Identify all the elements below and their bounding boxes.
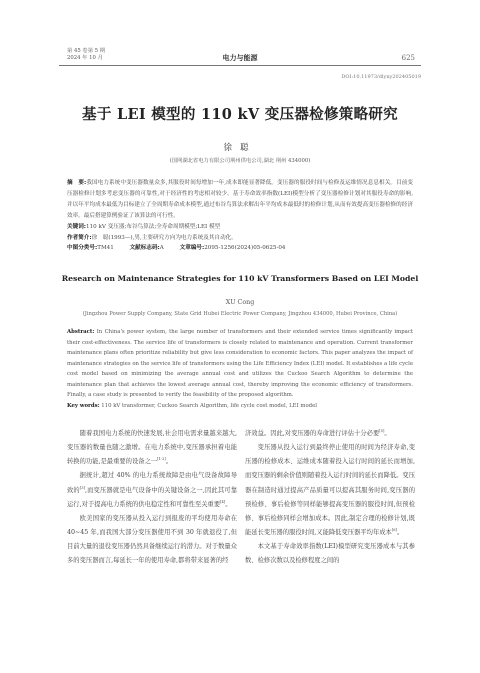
body-paragraph: 济效益。因此,对变压器的寿命进行评估十分必要[5]。 [245, 427, 415, 441]
page-number: 625 [402, 54, 415, 62]
abstract-en: Abstract: In China's power system, the l… [67, 327, 413, 411]
english-title: Research on Maintenance Strategies for 1… [59, 274, 421, 283]
article-no-value: 2095-1256(2024)05-0625-04 [204, 245, 285, 251]
author-bio-text: 徐 聪(1993—),男,主要研究方向为电力系统及其自动化。 [92, 235, 237, 241]
english-author: XU Cong [59, 299, 421, 306]
header-divider [59, 65, 421, 66]
author-bio: 作者简介:徐 聪(1993—),男,主要研究方向为电力系统及其自动化。 [67, 233, 413, 244]
running-header: 第 45 卷第 5 期 2024 年 10 月 电力与能源 625 [59, 48, 421, 66]
abstract-en-label: Abstract: [67, 329, 94, 335]
body-paragraph: 随着我国电力系统的快速发展,社会用电需求量越来越大,变压器的数量也随之激增。在电… [67, 427, 237, 469]
body-paragraph: 据统计,超过 40% 的电力系统故障是由电气设备故障导致的[3],而变压器就是电… [67, 469, 237, 511]
keywords-en-text: 110 kV transformer, Cuckoo Search Algori… [101, 403, 317, 409]
keywords-en: Key words: 110 kV transformer, Cuckoo Se… [67, 401, 413, 412]
classification-line: 中图分类号:TM41 文献标志码:A 文章编号:2095-1256(2024)0… [67, 243, 413, 254]
doc-code-label: 文献标志码: [130, 245, 160, 251]
article-no-label: 文章编号: [180, 245, 205, 251]
citation: [1-2] [157, 457, 166, 461]
keywords-cn-label: 关键词: [67, 224, 86, 230]
paper-title: 基于 LEI 模型的 110 kV 变压器检修策略研究 [59, 103, 421, 124]
abstract-cn-label: 摘 要: [67, 180, 86, 186]
keywords-cn: 关键词:110 kV 变压器;布谷鸟算法;全寿命周期模型;LEI 模型 [67, 222, 413, 233]
clc-value: TM41 [97, 245, 114, 251]
keywords-en-label: Key words: [67, 403, 100, 409]
clc-label: 中图分类号: [67, 245, 97, 251]
body-column-right: 济效益。因此,对变压器的寿命进行评估十分必要[5]。 变压器从投入运行到最终停止… [245, 427, 415, 569]
body-column-left: 随着我国电力系统的快速发展,社会用电需求量越来越大,变压器的数量也随之激增。在电… [67, 427, 237, 569]
english-affiliation: (Jingzhou Power Supply Company, State Gr… [59, 311, 421, 317]
abstract-cn: 摘 要:我国电力系统中变压器数量众多,其服役时间每增加一年,成本即能显著降低。变… [67, 178, 413, 254]
journal-name: 电力与能源 [59, 53, 421, 63]
abstract-cn-text: 我国电力系统中变压器数量众多,其服役时间每增加一年,成本即能显著降低。变压器的服… [67, 180, 413, 219]
doi: DOI:10.11973/dlyny202405019 [341, 74, 421, 80]
author-bio-label: 作者简介: [67, 235, 92, 241]
keywords-cn-text: 110 kV 变压器;布谷鸟算法;全寿命周期模型;LEI 模型 [86, 224, 220, 230]
abstract-en-text: In China's power system, the large numbe… [67, 329, 413, 398]
body-paragraph: 变压器从投入运行到最终停止使用的时间为经济寿命,变压器的检修成本、运维成本随着投… [245, 441, 415, 540]
doc-code-value: A [160, 245, 164, 251]
body-paragraph: 本文基于寿命效率指数(LEI)模型研究变压器成本与其参数、检修次数以及检修程度之… [245, 540, 415, 568]
affiliation: (国网湖北省电力有限公司荆州供电公司,湖北 荆州 434000) [59, 156, 421, 164]
author: 徐聪 [59, 141, 421, 153]
body-paragraph: 欧美国家的变压器从投入运行到报废的平均使用寿命在 40~45 年,而我国大部分变… [67, 512, 237, 569]
